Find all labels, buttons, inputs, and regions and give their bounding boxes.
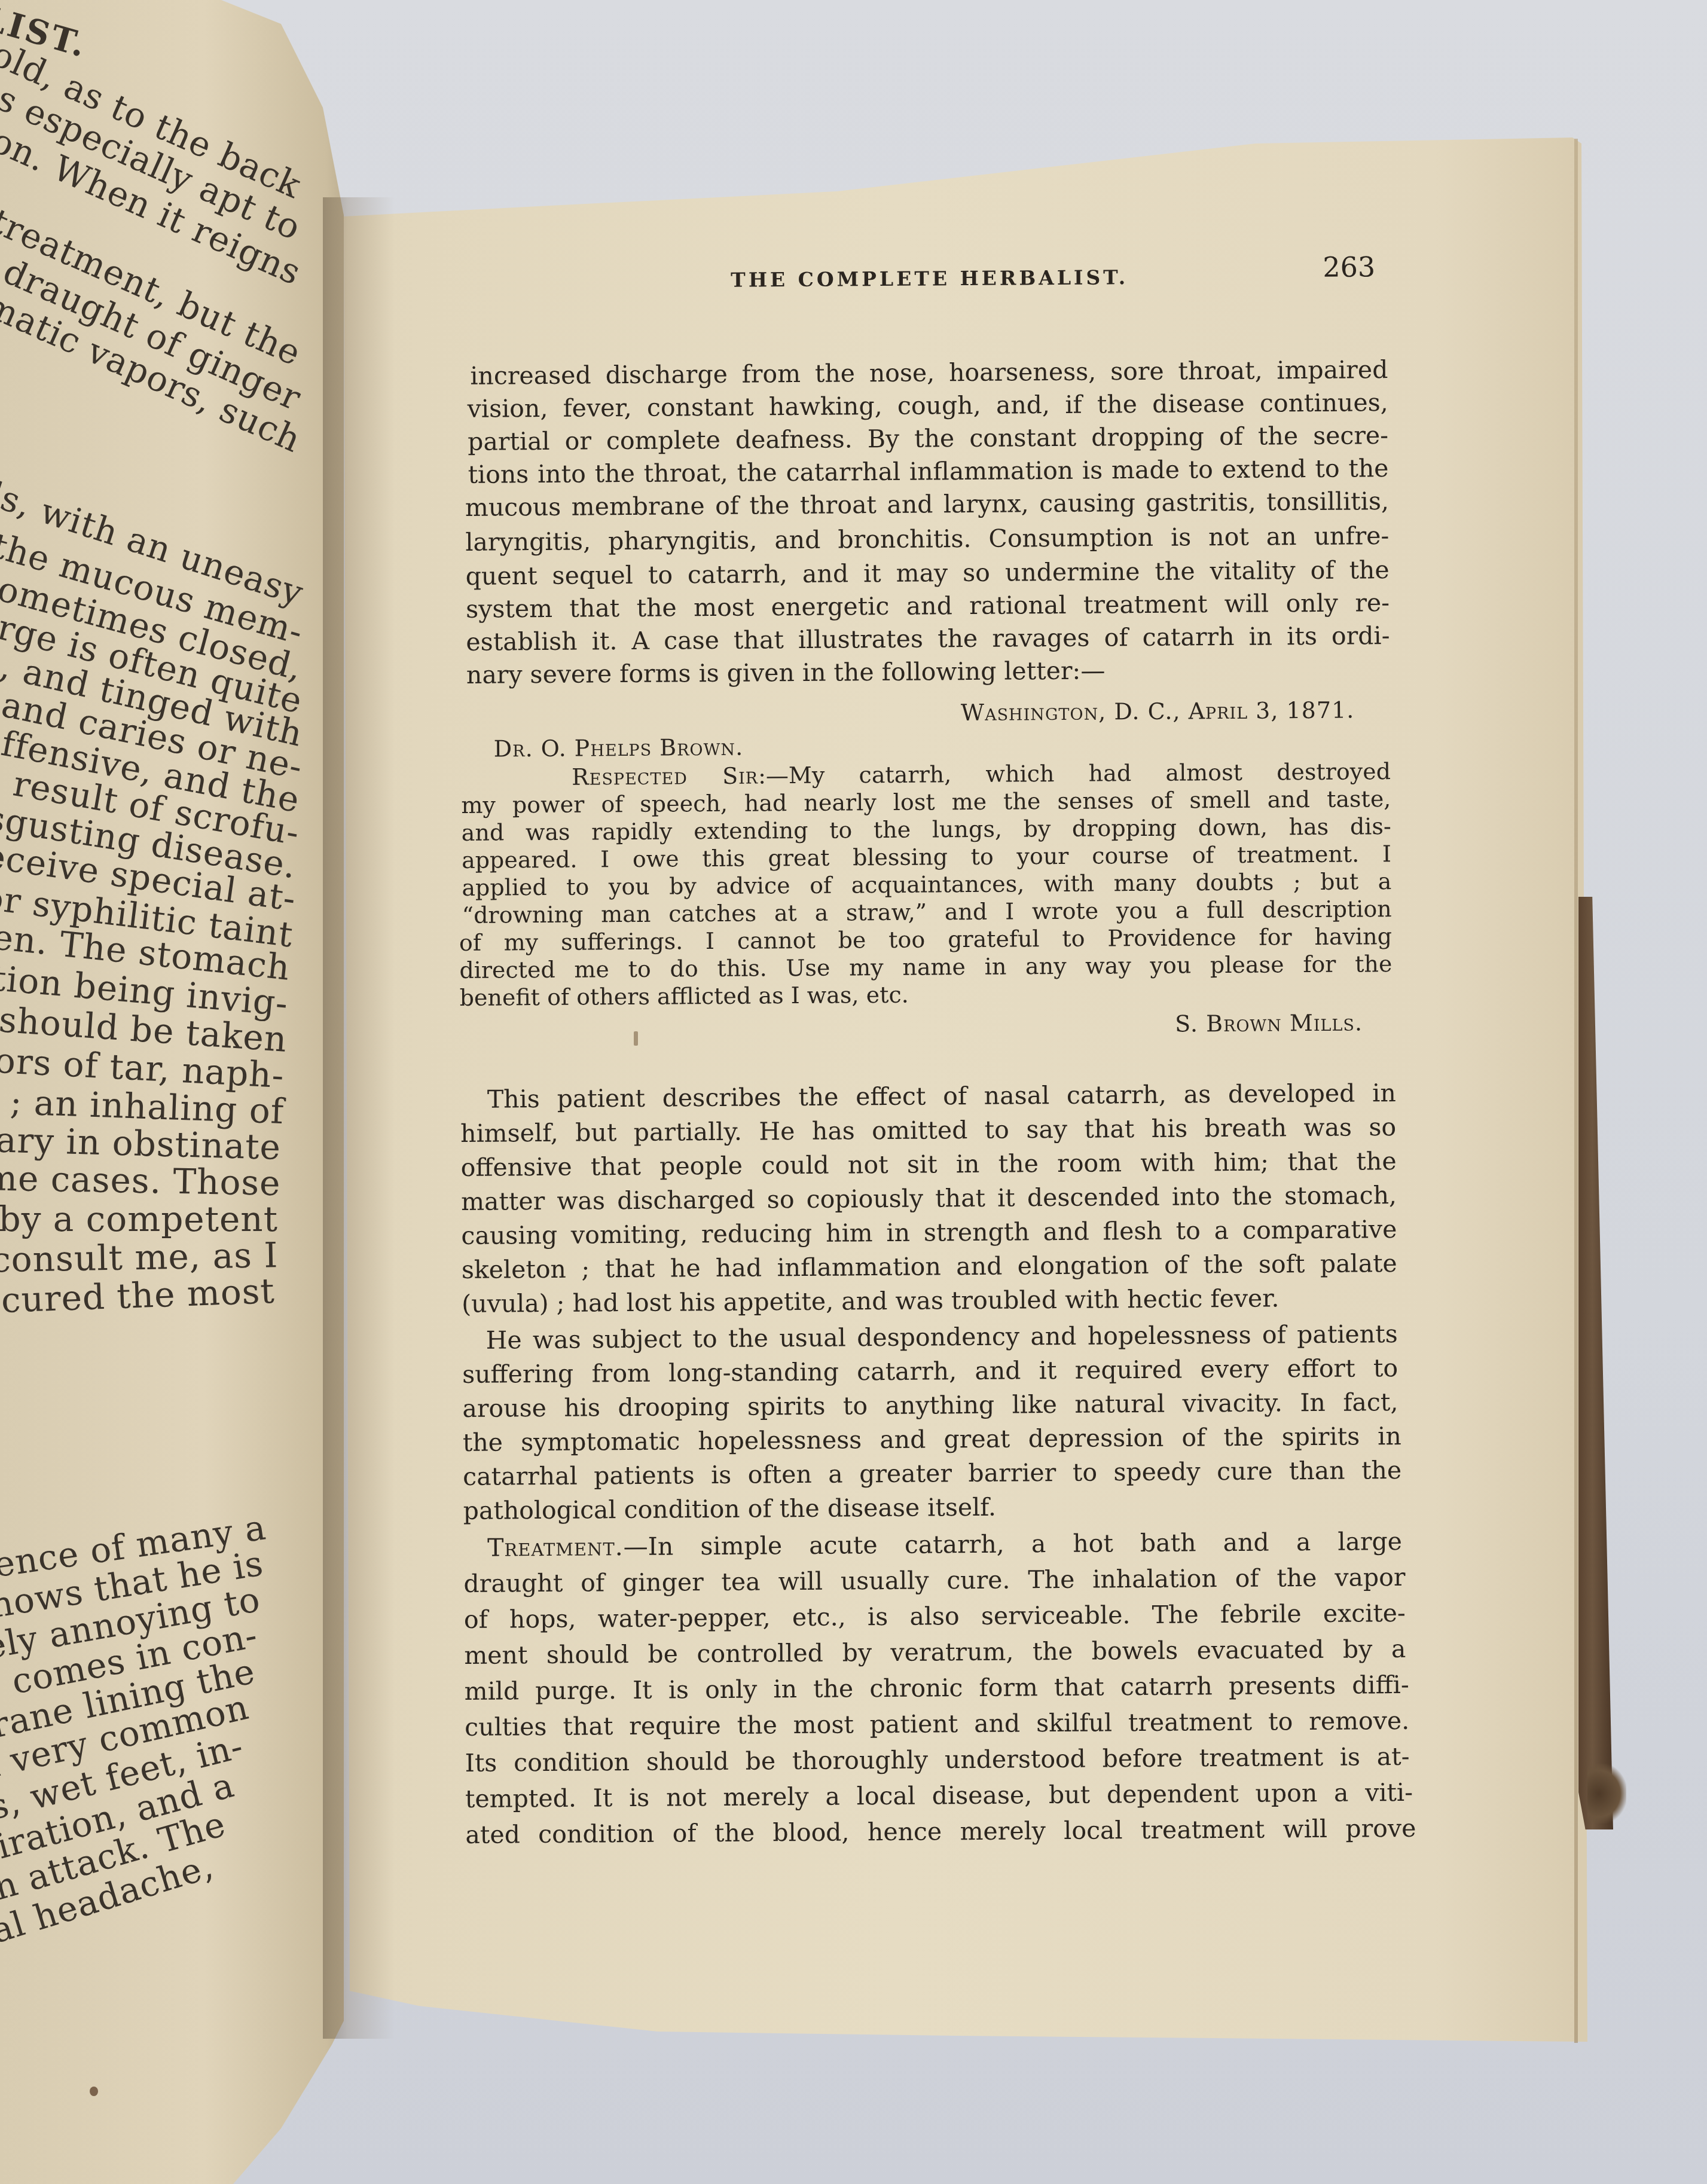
ink-spot [90,2087,98,2096]
letter-salutation: Respected Sir [572,762,758,790]
text-line: ated condition of the blood, hence merel… [465,1811,1416,1852]
left-line: ed by a competent [0,1199,278,1239]
book-cover-edge [1578,897,1613,1829]
text-line: pathological condition of the disease it… [463,1487,1401,1528]
text-line: ment should be controlled by veratrum, t… [464,1632,1406,1673]
left-line: e cured the most [0,1270,276,1322]
left-line: ome cases. Those [0,1157,282,1204]
text-line: mild purge. It is only in the chronic fo… [465,1667,1409,1709]
running-head-title: THE COMPLETE HERBALIST. [731,265,1128,292]
page-edge [1574,139,1578,2043]
text-line: tempted. It is not merely a local diseas… [465,1775,1413,1816]
treatment-first-line: Treatment.—In simple acute catarrh, a ho… [487,1524,1402,1565]
running-head: THE COMPLETE HERBALIST. 263 [454,251,1388,305]
left-page: ALIST. ion of cold, as to the back effec… [0,0,371,2184]
treatment-heading: Treatment. [487,1532,624,1562]
text-line: of hops, water-pepper, etc., is also ser… [464,1596,1406,1637]
ink-mark [634,1031,638,1046]
text-line: Its condition should be thoroughly under… [465,1739,1409,1780]
text-line: (uvula) ; had lost his appetite, and was… [462,1280,1397,1321]
letter-addressee: Dr. O. Phelps Brown. [494,729,1331,763]
cover-fray [1587,1764,1626,1823]
text-line: draught of ginger tea will usually cure.… [463,1560,1405,1601]
page-number: 263 [1323,251,1375,283]
text-line: culties that require the most patient an… [465,1703,1409,1745]
text-line: mucous membrane of the throat and larynx… [465,484,1389,525]
treatment-first-line-text: —In simple acute catarrh, a hot bath and… [624,1527,1403,1561]
letter-first-line-text: :—My catarrh, which had almost destroyed [758,758,1391,789]
text-line: nary severe forms is given in the follow… [466,651,1390,692]
left-page-text: ALIST. ion of cold, as to the back effec… [0,0,359,2184]
